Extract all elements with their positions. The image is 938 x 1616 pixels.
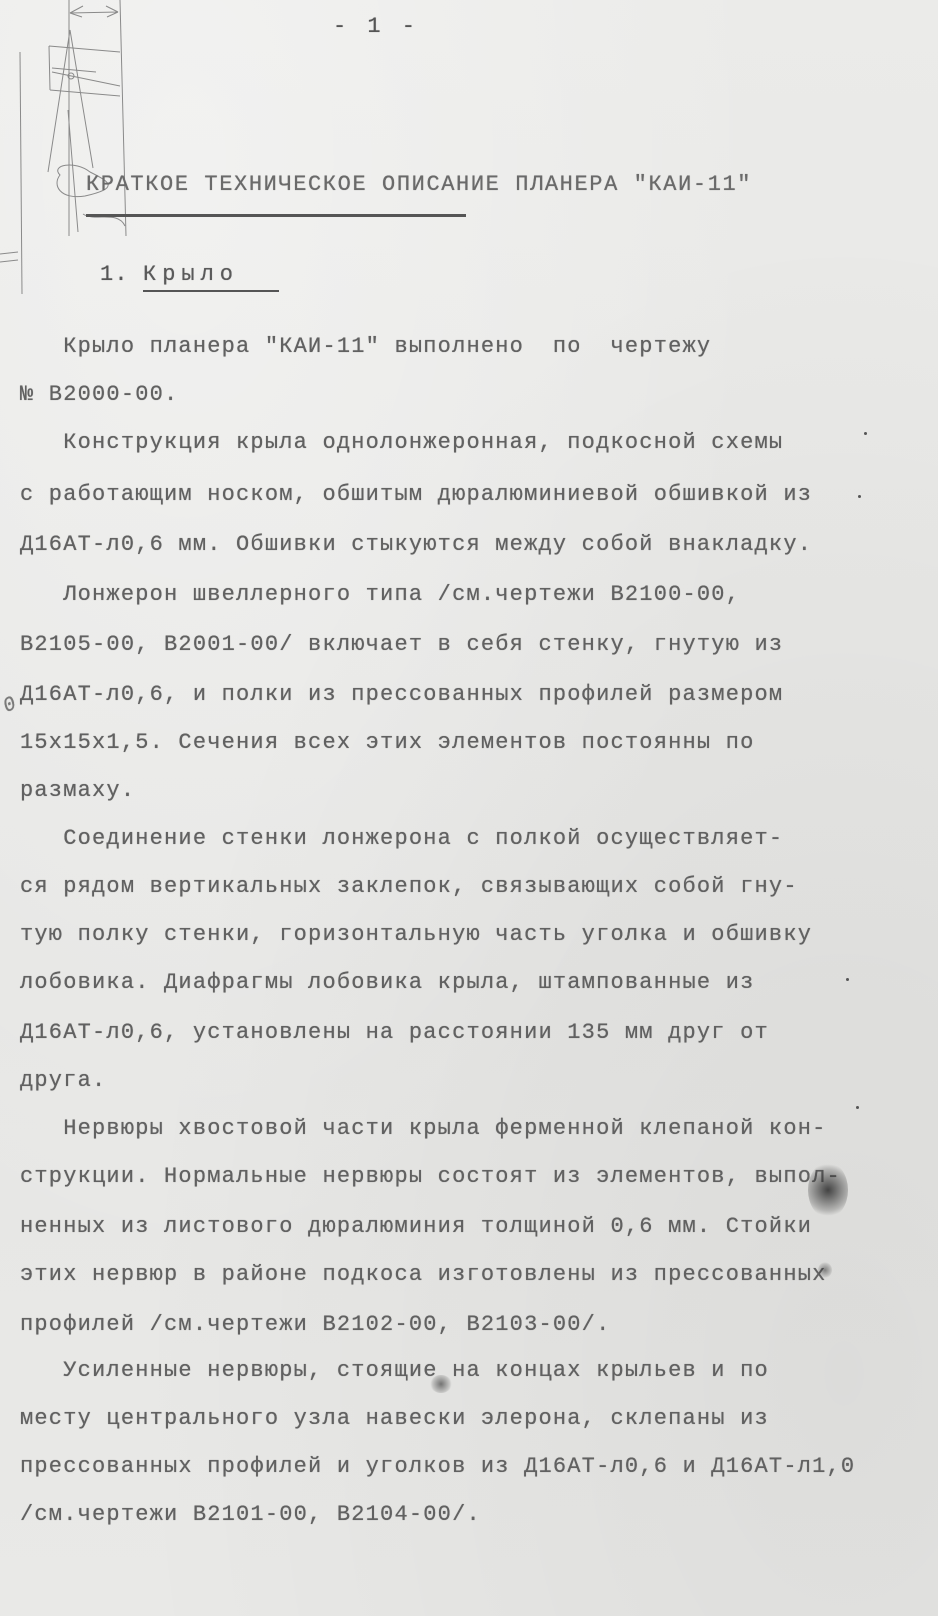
text-line: 15х15х1,5. Сечения всех этих элементов п… xyxy=(20,730,755,755)
text-line: месту центрального узла навески элерона,… xyxy=(20,1406,769,1431)
speck xyxy=(864,432,867,435)
section-underline xyxy=(143,290,279,292)
text-line: Нервюры хвостовой части крыла ферменной … xyxy=(20,1116,827,1141)
text-line: Соединение стенки лонжерона с полкой осу… xyxy=(20,826,783,851)
title-underline xyxy=(86,214,466,217)
speck xyxy=(856,1106,859,1109)
text-line: № В2000-00. xyxy=(20,382,178,407)
text-line: ся рядом вертикальных заклепок, связываю… xyxy=(20,874,798,899)
ink-stain xyxy=(808,1162,848,1218)
text-line: Конструкция крыла однолонжеронная, подко… xyxy=(20,430,783,455)
pencil-sketch-icon xyxy=(0,0,160,300)
speck xyxy=(858,495,861,498)
text-line: тую полку стенки, горизонтальную часть у… xyxy=(20,922,812,947)
text-line: этих нервюр в районе подкоса изготовлены… xyxy=(20,1262,827,1287)
ink-stain xyxy=(430,1375,452,1393)
text-line: Крыло планера "КАИ-11" выполнено по черт… xyxy=(20,334,711,359)
text-line: струкции. Нормальные нервюры состоят из … xyxy=(20,1164,841,1189)
text-line: прессованных профилей и уголков из Д16АТ… xyxy=(20,1454,855,1479)
text-line: Лонжерон швеллерного типа /см.чертежи В2… xyxy=(20,582,740,607)
text-line: с работающим носком, обшитым дюралюминие… xyxy=(20,482,812,507)
text-line: размаху. xyxy=(20,778,135,803)
margin-note: 0 xyxy=(0,692,21,718)
text-line: Д16АТ-л0,6 мм. Обшивки стыкуются между с… xyxy=(20,532,812,557)
text-line: Д16АТ-л0,6, и полки из прессованных проф… xyxy=(20,682,783,707)
typewritten-page: - 1 - КРАТКОЕ ТЕХНИЧЕСКОЕ ОПИСАНИЕ ПЛАНЕ… xyxy=(0,0,938,1616)
text-line: В2105-00, В2001-00/ включает в себя стен… xyxy=(20,632,783,657)
text-line: Д16АТ-л0,6, установлены на расстоянии 13… xyxy=(20,1020,769,1045)
section-heading: Крыло xyxy=(143,262,239,287)
text-line: /см.чертежи В2101-00, В2104-00/. xyxy=(20,1502,481,1527)
page-number: - 1 - xyxy=(333,14,419,39)
text-line: друга. xyxy=(20,1068,106,1093)
text-line: Усиленные нервюры, стоящие на концах кры… xyxy=(20,1358,769,1383)
speck xyxy=(846,978,849,981)
section-number: 1. xyxy=(100,262,129,287)
text-line: профилей /см.чертежи В2102-00, В2103-00/… xyxy=(20,1312,611,1337)
document-title: КРАТКОЕ ТЕХНИЧЕСКОЕ ОПИСАНИЕ ПЛАНЕРА "КА… xyxy=(86,172,752,197)
ink-stain xyxy=(818,1262,832,1278)
text-line: лобовика. Диафрагмы лобовика крыла, штам… xyxy=(20,970,755,995)
text-line: ненных из листового дюралюминия толщиной… xyxy=(20,1214,812,1239)
